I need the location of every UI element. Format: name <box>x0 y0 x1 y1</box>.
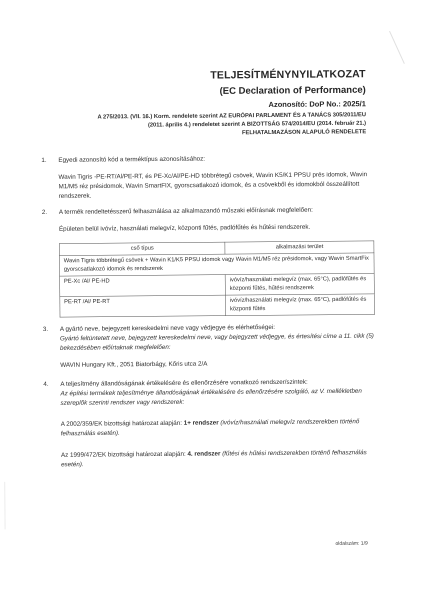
scanned-sheet: TELJESÍTMÉNYNYILATKOZAT (EC Declaration … <box>0 0 424 600</box>
application-cell: ivóvíz/használati melegvíz (max. 65°C), … <box>226 294 375 316</box>
table-row: Wavin Tigris többrétegű csövek + Wavin K… <box>59 253 374 276</box>
section-number: 2. <box>42 207 60 317</box>
decision-reference: A 2002/359/EK bizottsági határozat alapj… <box>61 419 184 427</box>
pipe-type-cell: PE-RT /Al/ PE-RT <box>60 295 226 317</box>
manufacturer-name-address: WAVIN Hungary Kft., 2051 Biatorbágy, Kőr… <box>60 358 375 370</box>
decision-reference: Az 1999/472/EK bizottsági határozat alap… <box>61 450 188 458</box>
section-avcp-systems: 4. A teljesítmény állandóságának értékel… <box>3 376 424 470</box>
page-number: oldalszám: 1/9 <box>335 541 367 547</box>
section-heading: A termék rendeltetésszerű felhasználása … <box>59 205 374 217</box>
table-span-cell: Wavin Tigris többrétegű csövek + Wavin K… <box>59 253 374 276</box>
avcp-system-2: Az 1999/472/EK bizottsági határozat alap… <box>61 448 376 470</box>
table-row: PE-Xc /Al/ PE-HD ivóvíz/használati meleg… <box>60 273 375 296</box>
section-manufacturer: 3. A gyártó neve, bejegyzett kereskedelm… <box>3 321 424 370</box>
table-row: PE-RT /Al/ PE-RT ivóvíz/használati meleg… <box>60 294 375 317</box>
section-heading: Egyedi azonosító kód a terméktípus azono… <box>58 153 373 165</box>
application-table: cső típus alkalmazási terület Wavin Tigr… <box>59 241 375 318</box>
avcp-legal-note: Az építési termékek teljesítménye álland… <box>60 386 375 408</box>
system-level: 4. rendszer <box>187 450 222 457</box>
product-id-text: Wavin Tigris -PE-RT/Al/PE-RT, és PE-Xc/A… <box>58 170 373 201</box>
document-header: TELJESÍTMÉNYNYILATKOZAT (EC Declaration … <box>0 0 424 139</box>
section-number: 4. <box>43 379 61 469</box>
avcp-system-1: A 2002/359/EK bizottsági határozat alapj… <box>61 417 376 439</box>
section-number: 3. <box>43 324 60 370</box>
pipe-type-cell: PE-Xc /Al/ PE-HD <box>60 275 226 297</box>
system-level: 1+ rendszer <box>184 419 221 426</box>
regulation-line-3: FELHATALMAZÁSON ALAPULÓ RENDELETE <box>41 128 366 139</box>
section-product-id: 1. Egyedi azonosító kód a terméktípus az… <box>1 152 424 201</box>
document-page: TELJESÍTMÉNYNYILATKOZAT (EC Declaration … <box>0 0 424 600</box>
application-cell: ivóvíz/használati melegvíz (max. 65°C), … <box>225 273 374 295</box>
manufacturer-legal-note: Gyártó feltüntetett neve, bejegyzett ker… <box>60 331 375 353</box>
scan-artifact-left-edge <box>4 482 5 530</box>
section-number: 1. <box>41 155 58 201</box>
intended-use-text: Épületen belül ivóvíz, használati melegv… <box>59 222 374 234</box>
section-intended-use: 2. A termék rendeltetésszerű felhasználá… <box>2 204 424 318</box>
